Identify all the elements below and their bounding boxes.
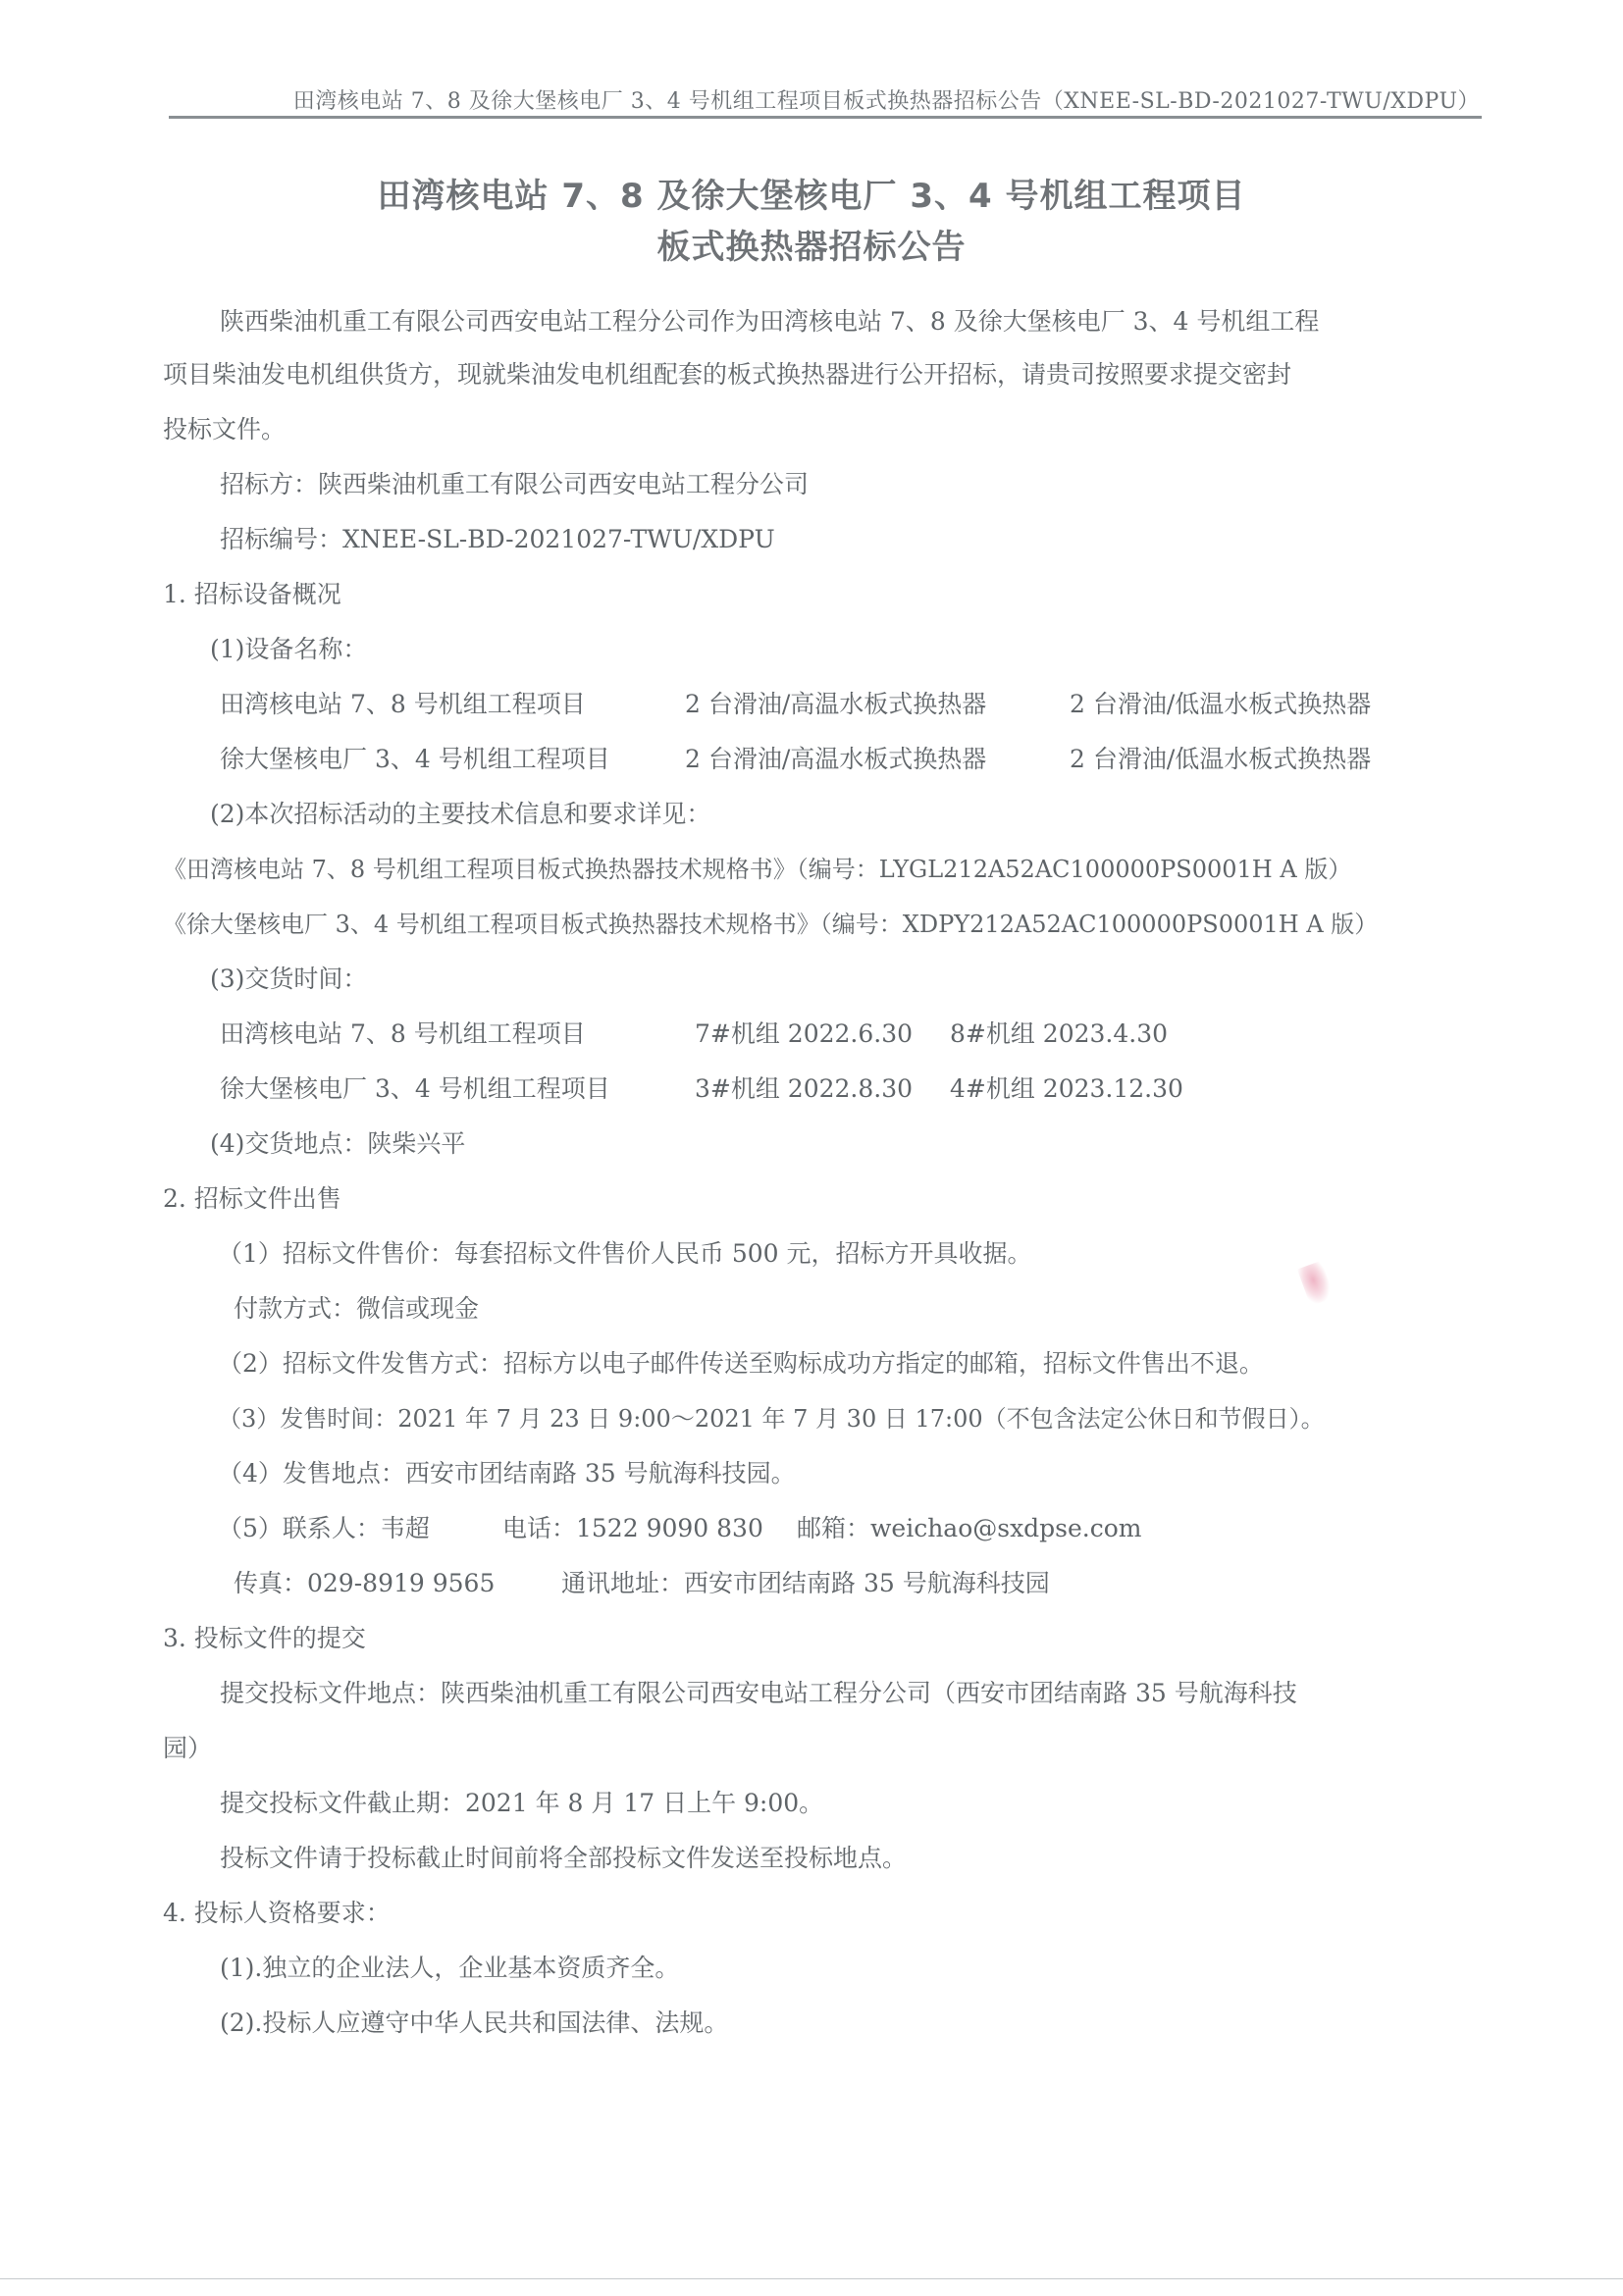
- spec-document-2: 《徐大堡核电厂 3、4 号机组工程项目板式换热器技术规格书》（编号：XDPY21…: [163, 905, 1378, 939]
- sale-time: （3）发售时间：2021 年 7 月 23 日 9:00～2021 年 7 月 …: [218, 1399, 1325, 1434]
- equipment-item-b: 2 台滑油/低温水板式换热器: [1070, 740, 1371, 775]
- intro-paragraph-line3: 投标文件。: [163, 410, 286, 445]
- tender-number: 招标编号：XNEE-SL-BD-2021027-TWU/XDPU: [220, 520, 775, 555]
- submission-note: 投标文件请于投标截止时间前将全部投标文件发送至投标地点。: [220, 1839, 907, 1874]
- intro-paragraph-line1: 陕西柴油机重工有限公司西安电站工程分公司作为田湾核电站 7、8 及徐大堡核电厂 …: [220, 302, 1319, 338]
- equipment-project: 徐大堡核电厂 3、4 号机组工程项目: [220, 745, 610, 773]
- equipment-name-label: (1)设备名称：: [210, 630, 367, 665]
- delivery-unit-b: 4#机组 2023.12.30: [950, 1070, 1183, 1105]
- section4-heading: 4. 投标人资格要求：: [163, 1894, 391, 1929]
- equipment-row: 田湾核电站 7、8 号机组工程项目: [220, 685, 586, 720]
- equipment-item-a: 2 台滑油/高温水板式换热器: [685, 685, 986, 720]
- qualification-requirement-1: (1).独立的企业法人，企业基本资质齐全。: [220, 1949, 679, 1984]
- delivery-time-label: (3)交货时间：: [210, 960, 367, 995]
- delivery-place: (4)交货地点：陕柴兴平: [210, 1124, 465, 1160]
- section3-heading: 3. 投标文件的提交: [163, 1619, 366, 1654]
- spec-document-1: 《田湾核电站 7、8 号机组工程项目板式换热器技术规格书》（编号：LYGL212…: [163, 850, 1351, 884]
- delivery-unit-b: 8#机组 2023.4.30: [950, 1015, 1168, 1050]
- contact-fax: 传真：029-8919 9565: [234, 1564, 495, 1599]
- delivery-unit-a: 3#机组 2022.8.30: [695, 1070, 913, 1105]
- tenderer: 招标方：陕西柴油机重工有限公司西安电站工程分公司: [220, 465, 809, 500]
- equipment-item-a: 2 台滑油/高温水板式换热器: [685, 740, 986, 775]
- contact-person: （5）联系人：韦超: [218, 1509, 430, 1544]
- sale-method: （2）招标文件发售方式：招标方以电子邮件传送至购标成功方指定的邮箱，招标文件售出…: [218, 1344, 1264, 1380]
- document-title-line2: 板式换热器招标公告: [0, 220, 1623, 268]
- tech-info-label: (2)本次招标活动的主要技术信息和要求详见：: [210, 795, 710, 830]
- delivery-project: 田湾核电站 7、8 号机组工程项目: [220, 1015, 586, 1050]
- equipment-project: 田湾核电站 7、8 号机组工程项目: [220, 690, 586, 718]
- delivery-unit-a: 7#机组 2022.6.30: [695, 1015, 913, 1050]
- equipment-item-b: 2 台滑油/低温水板式换热器: [1070, 685, 1371, 720]
- footer-scan-edge: [0, 2278, 1623, 2279]
- header-divider: [169, 116, 1482, 119]
- mailing-address: 通讯地址：西安市团结南路 35 号航海科技园: [561, 1564, 1050, 1599]
- red-stamp-mark: [1297, 1261, 1335, 1306]
- submission-location-line1: 提交投标文件地点：陕西柴油机重工有限公司西安电站工程分公司（西安市团结南路 35…: [220, 1674, 1297, 1709]
- document-price: （1）招标文件售价：每套招标文件售价人民币 500 元，招标方开具收据。: [218, 1234, 1032, 1270]
- intro-paragraph-line2: 项目柴油发电机组供货方，现就柴油发电机组配套的板式换热器进行公开招标，请贵司按照…: [163, 355, 1291, 391]
- contact-phone: 电话：1522 9090 830: [502, 1509, 763, 1544]
- section2-heading: 2. 招标文件出售: [163, 1179, 341, 1215]
- qualification-requirement-2: (2).投标人应遵守中华人民共和国法律、法规。: [220, 2004, 728, 2039]
- delivery-project: 徐大堡核电厂 3、4 号机组工程项目: [220, 1070, 610, 1105]
- contact-email[interactable]: 邮箱：weichao@sxdpse.com: [797, 1509, 1142, 1544]
- equipment-row: 徐大堡核电厂 3、4 号机组工程项目: [220, 740, 610, 775]
- sale-place: （4）发售地点：西安市团结南路 35 号航海科技园。: [218, 1454, 796, 1489]
- submission-deadline: 提交投标文件截止期：2021 年 8 月 17 日上午 9:00。: [220, 1784, 823, 1819]
- submission-location-line2: 园）: [163, 1729, 212, 1764]
- section1-heading: 1. 招标设备概况: [163, 575, 341, 610]
- running-header-text: 田湾核电站 7、8 及徐大堡核电厂 3、4 号机组工程项目板式换热器招标公告（X…: [253, 84, 1480, 115]
- document-title-line1: 田湾核电站 7、8 及徐大堡核电厂 3、4 号机组工程项目: [0, 169, 1623, 217]
- payment-method: 付款方式：微信或现金: [234, 1289, 479, 1325]
